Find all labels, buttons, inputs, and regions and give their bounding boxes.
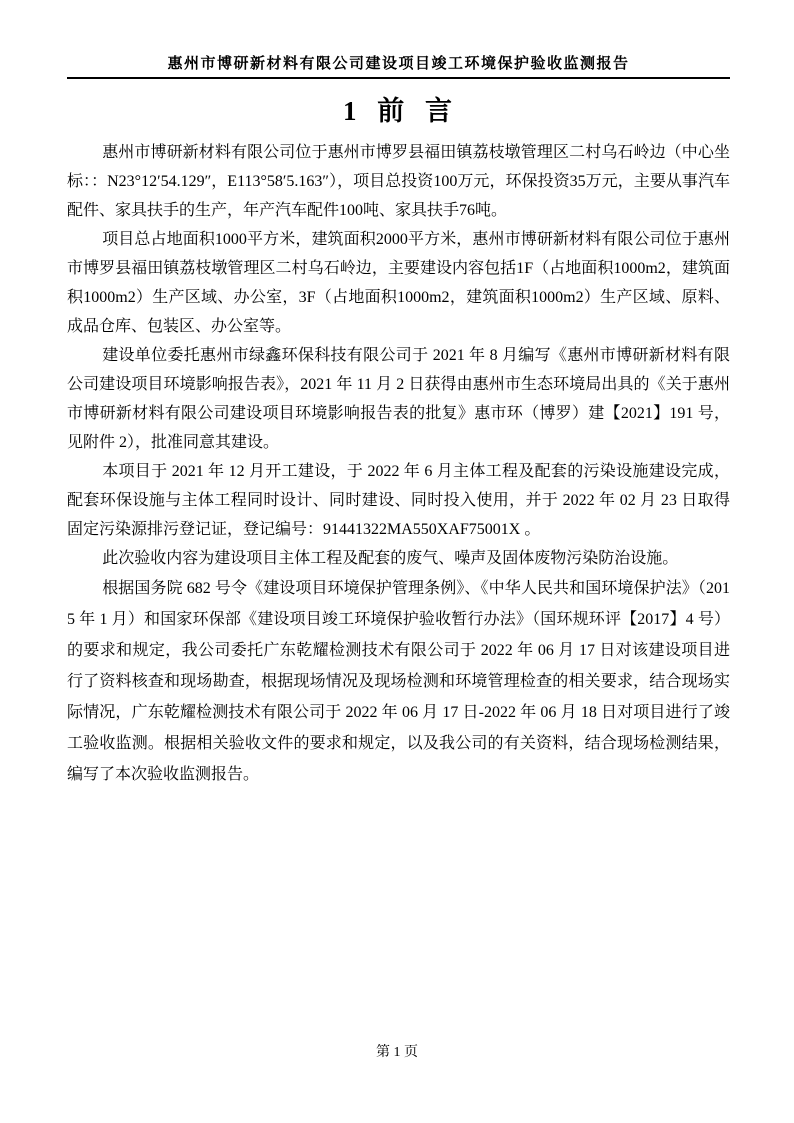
page-number-footer: 第 1 页 — [0, 1045, 794, 1061]
paragraph-project-area: 项目总占地面积1000平方米，建筑面积2000平方米，惠州市博研新材料有限公司位… — [67, 225, 730, 341]
document-body: 惠州市博研新材料有限公司位于惠州市博罗县福田镇荔枝墩管理区二村乌石岭边（中心坐标… — [67, 138, 730, 790]
document-page: 惠州市博研新材料有限公司建设项目竣工环境保护验收监测报告 1 前 言 惠州市博研… — [0, 0, 794, 1123]
page-header-title: 惠州市博研新材料有限公司建设项目竣工环境保护验收监测报告 — [67, 54, 730, 79]
paragraph-project-location: 惠州市博研新材料有限公司位于惠州市博罗县福田镇荔枝墩管理区二村乌石岭边（中心坐标… — [67, 138, 730, 225]
section-heading-preface: 1 前 言 — [67, 96, 730, 126]
paragraph-eia-approval: 建设单位委托惠州市绿鑫环保科技有限公司于 2021 年 8 月编写《惠州市博研新… — [67, 341, 730, 457]
paragraph-acceptance-scope: 此次验收内容为建设项目主体工程及配套的废气、噪声及固体废物污染防治设施。 — [67, 544, 730, 573]
paragraph-regulations-and-monitoring: 根据国务院 682 号令《建设项目环境保护管理条例》、《中华人民共和国环境保护法… — [67, 573, 730, 790]
paragraph-construction-registration: 本项目于 2021 年 12 月开工建设，于 2022 年 6 月主体工程及配套… — [67, 457, 730, 544]
